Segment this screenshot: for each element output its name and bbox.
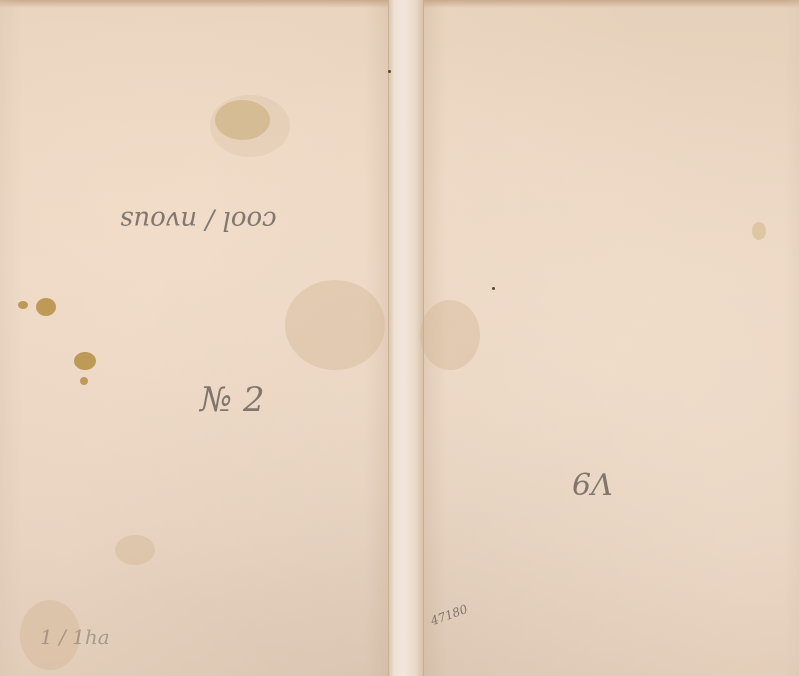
- right-panel: [424, 0, 799, 676]
- number-pencil-note: № 2: [200, 380, 265, 420]
- foxing-stain-right-mid: [420, 300, 480, 370]
- foxing-stain-mid: [285, 280, 385, 370]
- foxing-stain-top-ring: [210, 95, 290, 157]
- foxing-stain-bottom: [115, 535, 155, 565]
- right-panel-pencil-note: 6Λ: [572, 468, 613, 503]
- speck: [492, 287, 495, 290]
- olive-stain-left-1: [36, 298, 56, 316]
- olive-stain-left-3: [74, 352, 96, 370]
- speck: [388, 70, 391, 73]
- olive-stain-left-4: [80, 377, 88, 385]
- corner-pencil-note: 1 / 1ha: [40, 625, 110, 649]
- paper-sheet: cool / nvous № 2 6Λ 47180 1 / 1ha: [0, 0, 799, 676]
- olive-stain-left-2: [18, 301, 28, 309]
- center-fold-strip: [388, 0, 424, 676]
- inverted-pencil-note: cool / nvous: [120, 205, 277, 235]
- stain-right-edge: [752, 222, 766, 240]
